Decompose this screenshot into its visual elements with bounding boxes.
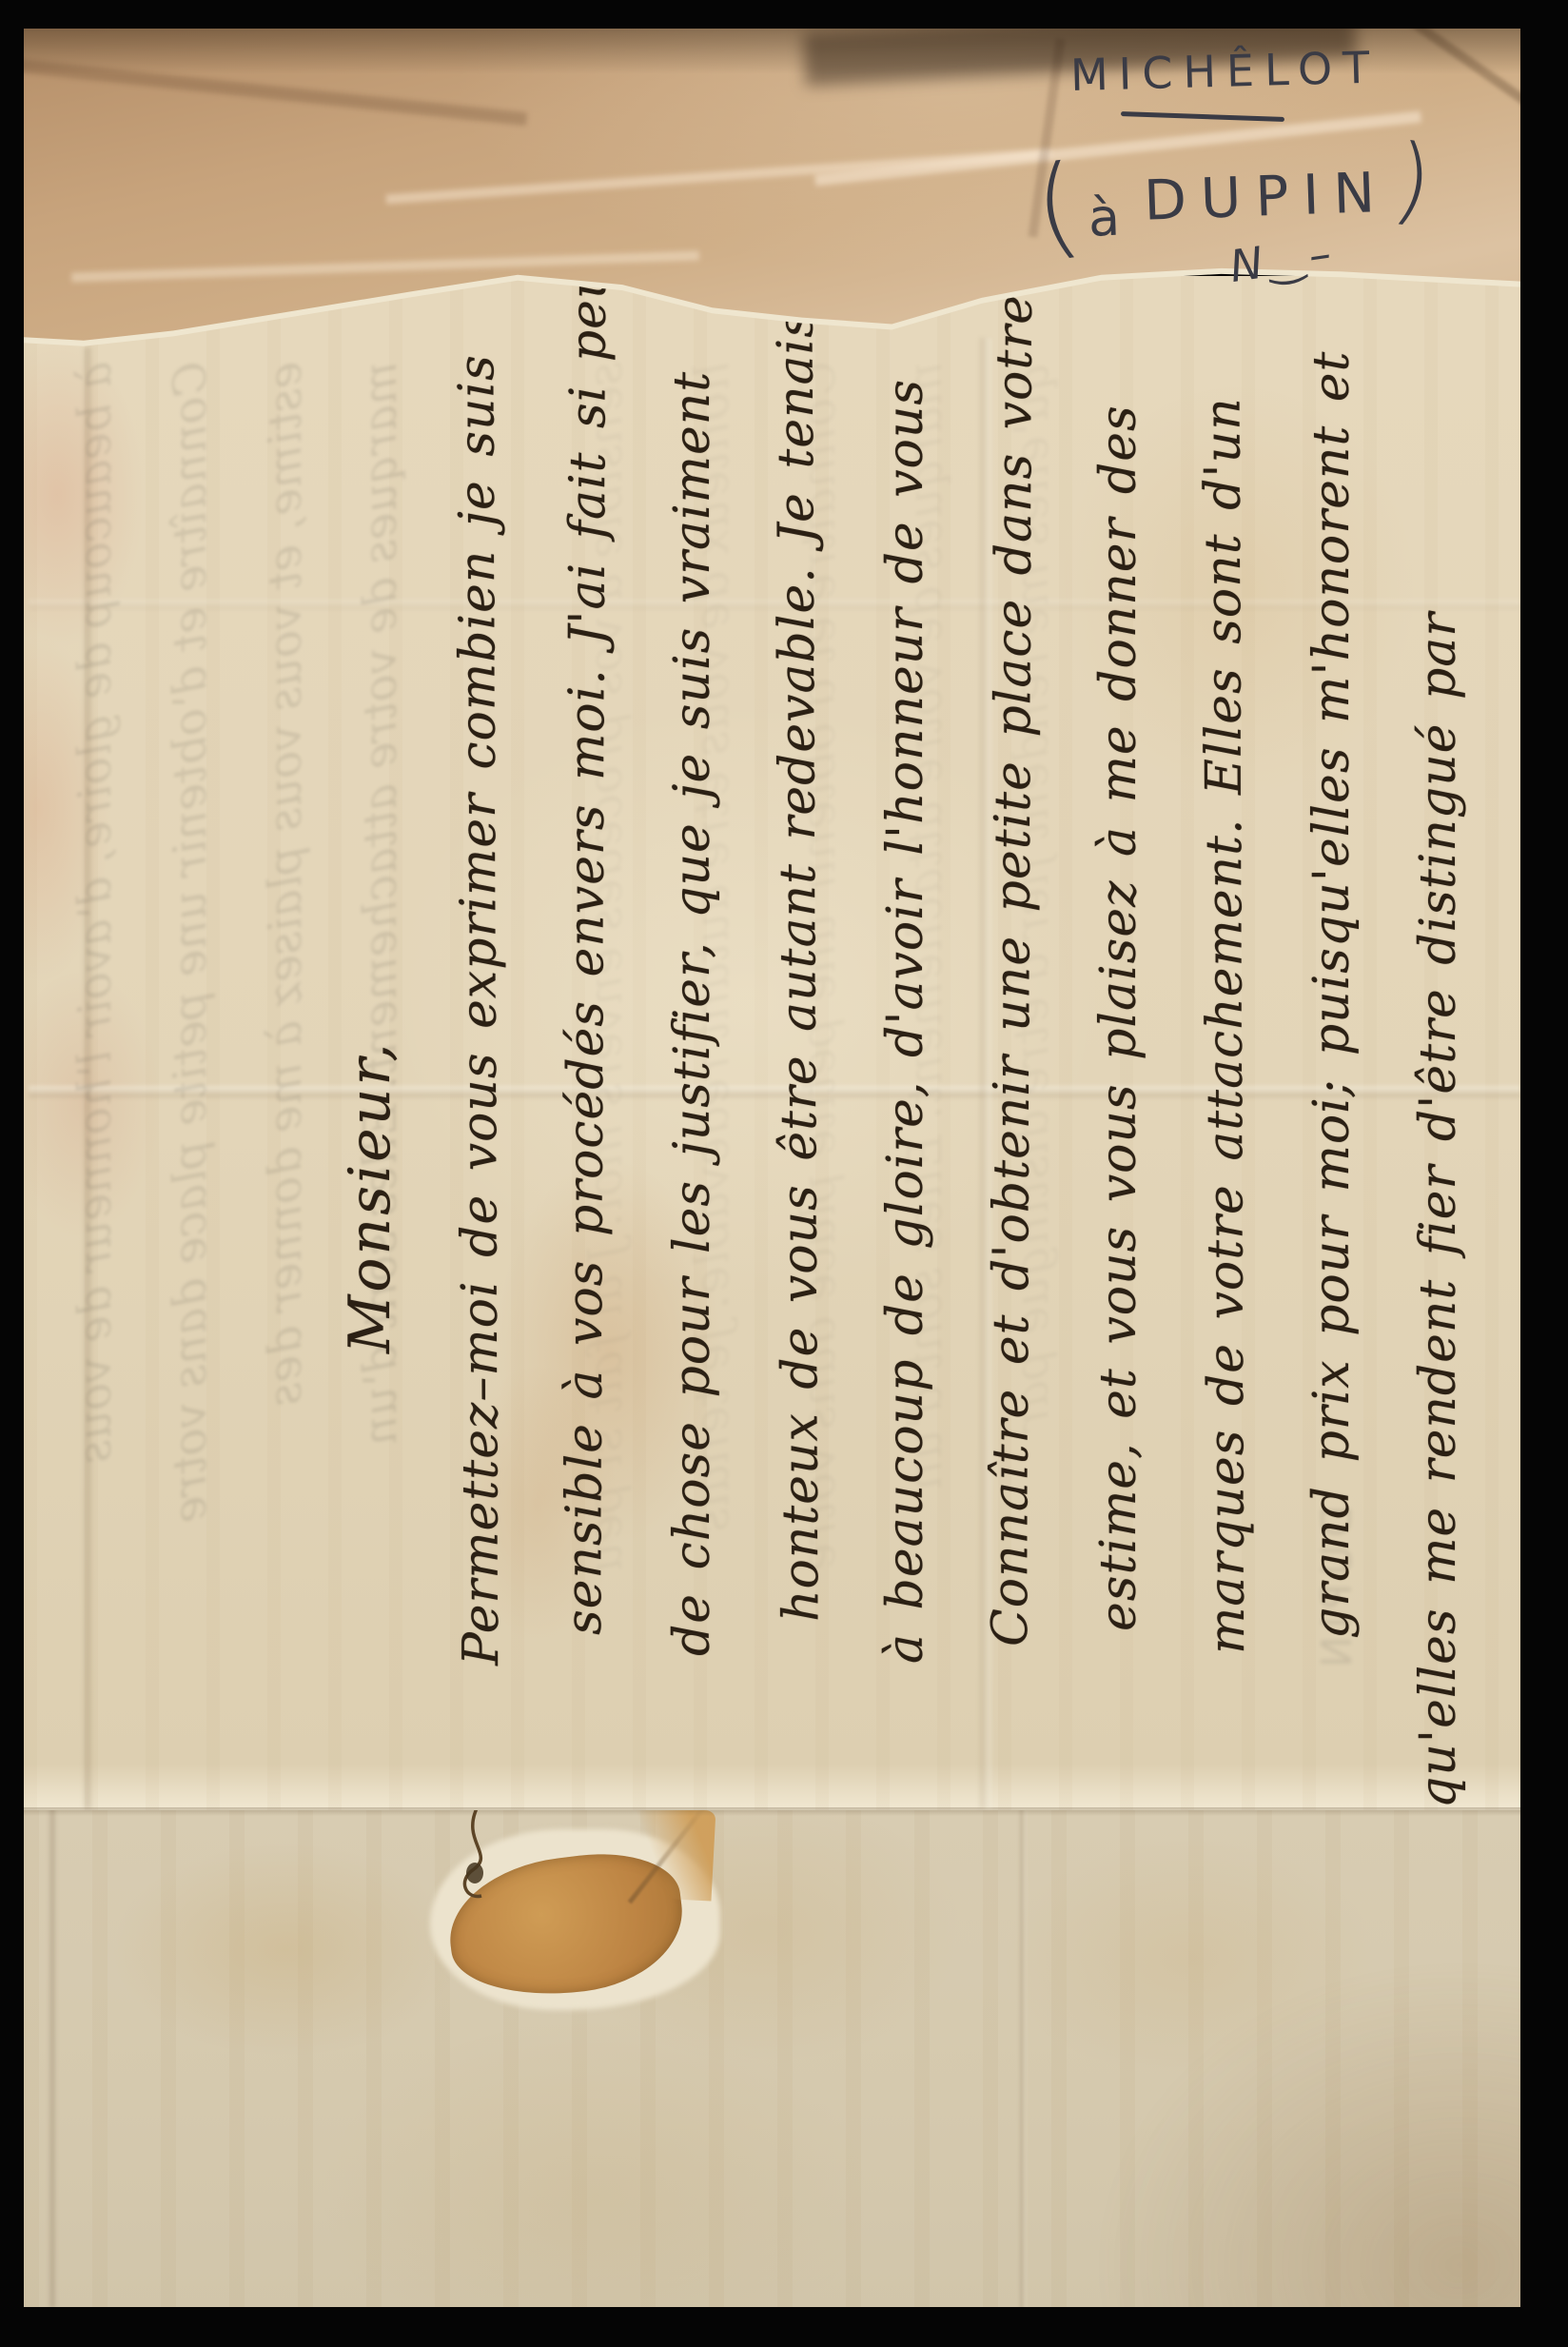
letter-line: Permettez–moi de vous exprimer combien j… — [423, 362, 535, 1808]
scan-frame-bottom — [0, 2307, 1568, 2347]
scan-photo-of-letter: { "pencil_annotations": { "name": "MICHÊ… — [0, 0, 1568, 2347]
envelope-crease — [71, 250, 699, 282]
ghost-line: à beaucoup de gloire, d'avoir l'honneur … — [48, 362, 143, 1808]
letter-line: grand prix pour moi; puisqu'elles m'hono… — [1279, 362, 1385, 1808]
letter-line: Connaître et d'obtenir une petite place … — [956, 362, 1068, 1808]
letter-line: estime, et vous vous plaisez à me donner… — [1066, 362, 1172, 1808]
paper-fiber-curl-icon — [445, 1805, 531, 1923]
backing-paper-crease — [1020, 1799, 1027, 2313]
letter-line: honteux de vous être autant redevable. J… — [743, 362, 856, 1808]
dedication-name: DUPIN — [1143, 160, 1390, 233]
letter-handwriting-block: Monsieur, Permettez–moi de vous exprimer… — [314, 362, 1560, 1808]
letter-line: de chose pour les justifier, que je suis… — [639, 362, 746, 1808]
envelope-crease — [386, 148, 1051, 205]
letter-line: qu'elles me rendent fier d'être distingu… — [1385, 362, 1492, 1808]
letter-line: sensible à vos procédés envers moi. J'ai… — [530, 362, 641, 1808]
letter-line: marques de votre attachement. Elles sont… — [1169, 362, 1281, 1808]
dedication-prefix: à — [1088, 187, 1121, 247]
letter-salutation: Monsieur, — [314, 362, 426, 1808]
scan-frame-top — [0, 0, 1568, 29]
letter-line: à beaucoup de gloire, d'avoir l'honneur … — [853, 362, 959, 1808]
ghost-line: Connaître et d'obtenir une petite place … — [143, 362, 238, 1808]
scan-frame-right — [1520, 0, 1568, 2347]
scan-frame-left — [0, 0, 24, 2347]
letter-bottom-edge-shadow — [24, 1807, 1520, 1816]
backing-paper-crease — [49, 1799, 55, 2308]
shadow-vignette — [1094, 1961, 1551, 2341]
